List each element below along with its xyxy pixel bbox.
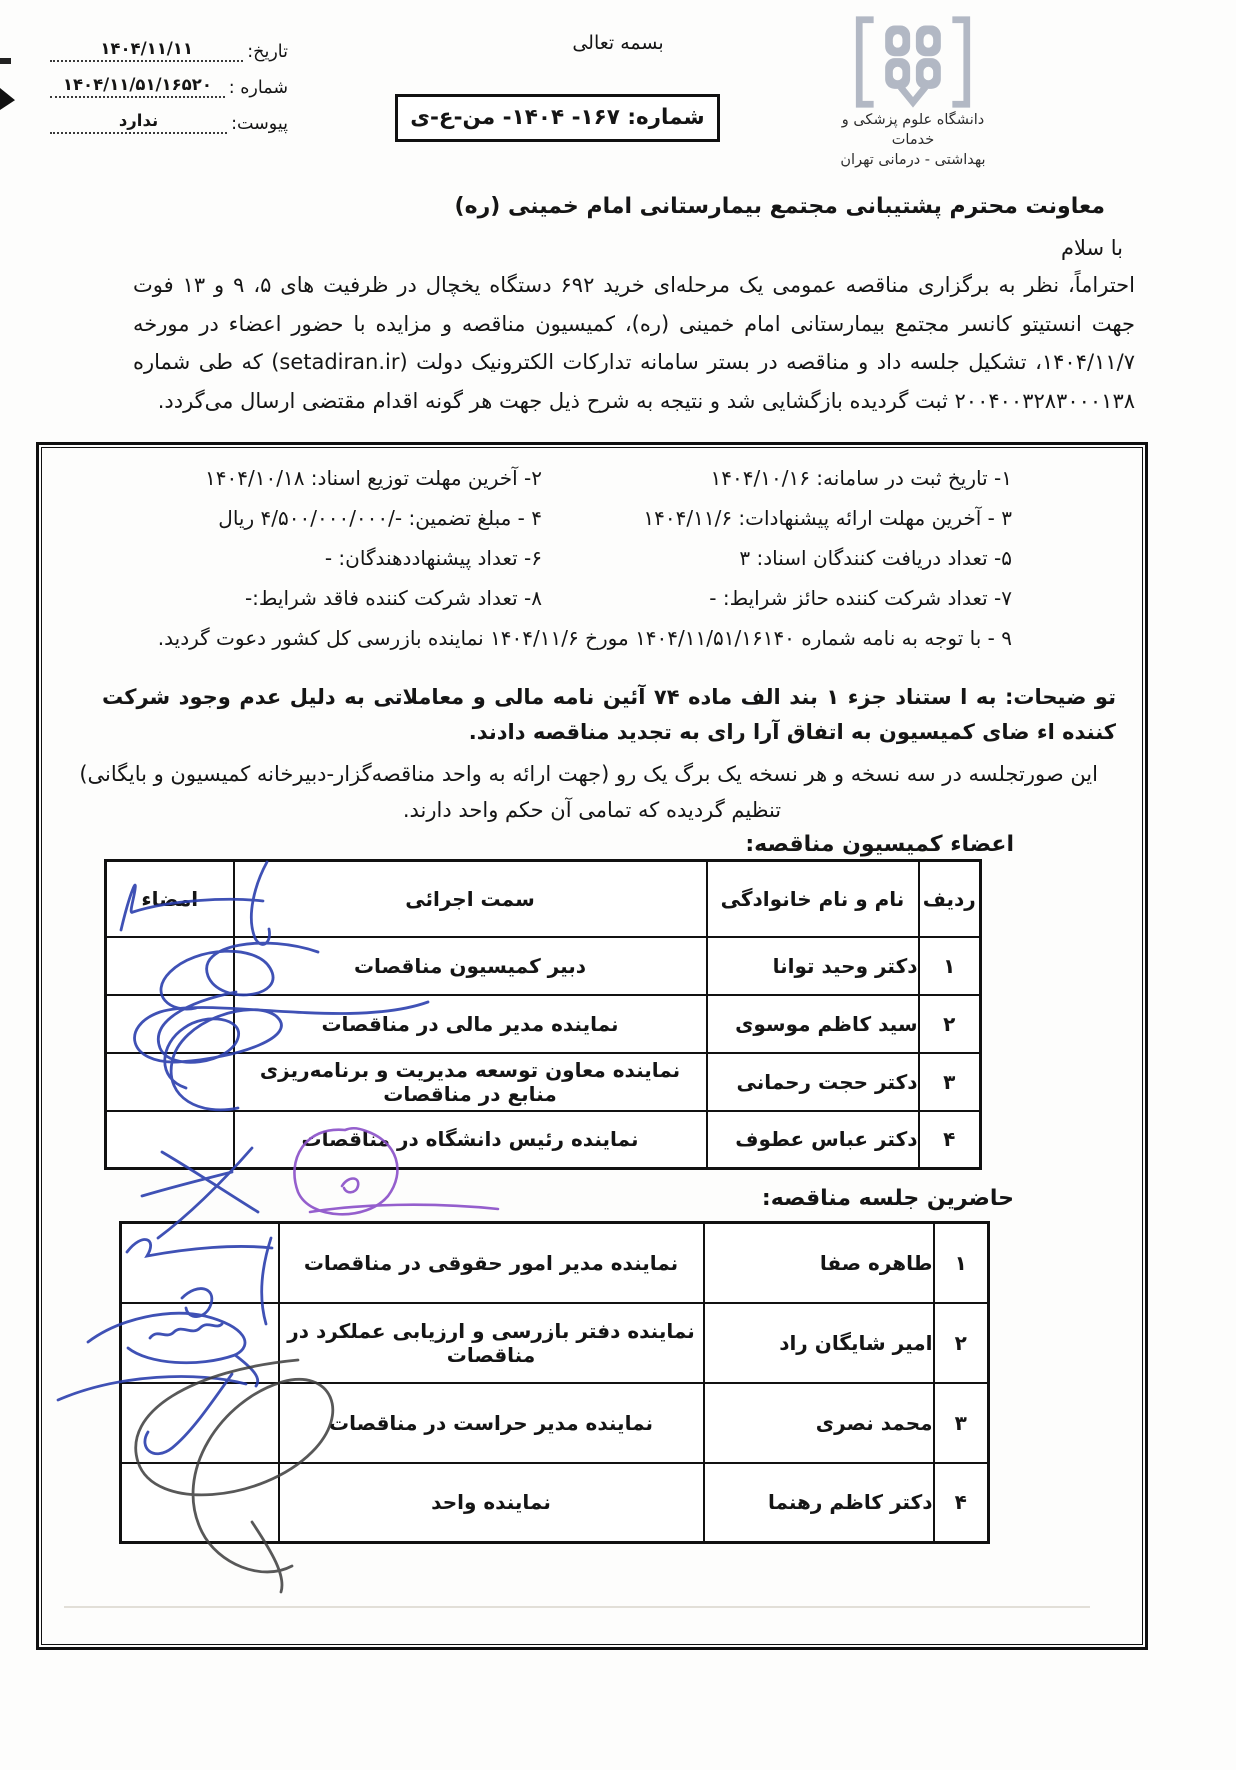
letter-body-paragraph: احتراماً، نظر به برگزاری مناقصه عمومی یک… [133, 266, 1135, 420]
commission-members-heading: اعضاء کمیسیون مناقصه: [62, 832, 1014, 857]
attendee-name: محمد نصری [704, 1383, 934, 1463]
col-header-signature: امضاء [106, 861, 234, 937]
bismillah-text: بسمه تعالی [0, 32, 1236, 54]
minutes-frame-inner: ۱- تاریخ ثبت در سامانه: ۱۴۰۴/۱۰/۱۶ ۲- آخ… [41, 447, 1143, 1645]
table-row: ۱ دکتر وحید توانا دبیر کمیسیون مناقصات [106, 937, 981, 995]
table-row: ۴ دکتر کاظم رهنما نماینده واحد [121, 1463, 989, 1543]
table-row: ۳ دکتر حجت رحمانی نماینده معاون توسعه مد… [106, 1053, 981, 1111]
faint-scan-line [64, 1606, 1090, 1608]
row-no: ۱ [919, 937, 981, 995]
table-row: ۱ طاهره صفا نماینده مدیر امور حقوقی در م… [121, 1223, 989, 1303]
attendee-position: نماینده مدیر حراست در مناقصات [279, 1383, 704, 1463]
detail-item-8: ۸- تعداد شرکت کننده فاقد شرایط:- [72, 578, 542, 618]
attendee-name: دکتر کاظم رهنما [704, 1463, 934, 1543]
scan-artifact-mark [0, 58, 11, 64]
table-row: ۲ سید کاظم موسوی نماینده مدیر مالی در من… [106, 995, 981, 1053]
row-no: ۲ [934, 1303, 989, 1383]
detail-item-7: ۷- تعداد شرکت کننده حائز شرایط: - [542, 578, 1012, 618]
signature-cell [121, 1303, 279, 1383]
signature-cell [106, 1053, 234, 1111]
number-value: ۱۴۰۴/۱۱/۵۱/۱۶۵۲۰ [50, 74, 225, 98]
detail-item-3: ۳ - آخرین مهلت ارائه پیشنهادات: ۱۴۰۴/۱۱/… [542, 498, 1012, 538]
detail-item-1: ۱- تاریخ ثبت در سامانه: ۱۴۰۴/۱۰/۱۶ [542, 458, 1012, 498]
signature-cell [106, 937, 234, 995]
table-row: ۳ محمد نصری نماینده مدیر حراست در مناقصا… [121, 1383, 989, 1463]
attachment-row: پیوست: ندارد [50, 98, 288, 134]
signature-cell [106, 1111, 234, 1169]
col-header-name: نام و نام خانوادگی [707, 861, 919, 937]
attachment-label: پیوست: [227, 114, 288, 134]
university-logo-icon [850, 14, 976, 110]
table-row: ۲ امیر شایگان راد نماینده دفتر بازرسی و … [121, 1303, 989, 1383]
member-name: دکتر عباس عطوف [707, 1111, 919, 1169]
attendee-name: امیر شایگان راد [704, 1303, 934, 1383]
member-position: نماینده معاون توسعه مدیریت و برنامه‌ریزی… [234, 1053, 707, 1111]
col-header-row-no: ردیف [919, 861, 981, 937]
signature-cell [121, 1383, 279, 1463]
member-position: نماینده مدیر مالی در مناقصات [234, 995, 707, 1053]
attendee-position: نماینده مدیر امور حقوقی در مناقصات [279, 1223, 704, 1303]
attachment-value: ندارد [50, 110, 227, 134]
detail-item-4: ۴ - مبلغ تضمین: -/۴/۵۰۰/۰۰۰/۰۰۰ ریال [72, 498, 542, 538]
member-position: نماینده رئیس دانشگاه در مناقصات [234, 1111, 707, 1169]
signature-cell [121, 1463, 279, 1543]
notes-paragraph: تو ضیحات: به ا ستناد جزء ۱ بند الف ماده … [102, 680, 1116, 750]
addressee-line: معاونت محترم پشتیبانی مجتمع بیمارستانی ا… [455, 194, 1105, 219]
signature-cell [121, 1223, 279, 1303]
university-name-line1: دانشگاه علوم پزشکی و خدمات [824, 110, 1002, 150]
detail-item-5: ۵- تعداد دریافت کنندگان اسناد: ۳ [542, 538, 1012, 578]
number-row: شماره : ۱۴۰۴/۱۱/۵۱/۱۶۵۲۰ [50, 62, 288, 98]
member-name: دکتر وحید توانا [707, 937, 919, 995]
attendee-position: نماینده دفتر بازرسی و ارزیابی عملکرد در … [279, 1303, 704, 1383]
row-no: ۴ [919, 1111, 981, 1169]
attendee-name: طاهره صفا [704, 1223, 934, 1303]
copies-note-line2: تنظیم گردیده که تمامی آن حکم واحد دارند. [42, 792, 1142, 828]
member-name: دکتر حجت رحمانی [707, 1053, 919, 1111]
table-header-row: ردیف نام و نام خانوادگی سمت اجرائی امضاء [106, 861, 981, 937]
detail-item-9: ۹ - با توجه به نامه شماره ۱۴۰۴/۱۱/۵۱/۱۶۱… [72, 618, 1012, 658]
detail-item-6: ۶- تعداد پیشنهاددهندگان: - [72, 538, 542, 578]
reference-number-box: شماره: ۱۶۷- ۱۴۰۴- من-ع-ی [395, 94, 720, 142]
member-position: دبیر کمیسیون مناقصات [234, 937, 707, 995]
salutation-line: با سلام [1061, 236, 1123, 260]
attendees-table: ۱ طاهره صفا نماینده مدیر امور حقوقی در م… [119, 1221, 990, 1544]
scan-artifact-mark [0, 88, 15, 110]
row-no: ۱ [934, 1223, 989, 1303]
row-no: ۲ [919, 995, 981, 1053]
tender-details-list: ۱- تاریخ ثبت در سامانه: ۱۴۰۴/۱۰/۱۶ ۲- آخ… [42, 458, 1142, 658]
scanned-letter-page: تاریخ: ۱۴۰۴/۱۱/۱۱ شماره : ۱۴۰۴/۱۱/۵۱/۱۶۵… [0, 0, 1236, 1770]
col-header-position: سمت اجرائی [234, 861, 707, 937]
row-no: ۳ [934, 1383, 989, 1463]
university-identity: دانشگاه علوم پزشکی و خدمات بهداشتی - درم… [824, 14, 1002, 170]
attendees-heading: حاضرین جلسه مناقصه: [62, 1186, 1014, 1211]
minutes-frame: ۱- تاریخ ثبت در سامانه: ۱۴۰۴/۱۰/۱۶ ۲- آخ… [36, 442, 1148, 1650]
attendee-position: نماینده واحد [279, 1463, 704, 1543]
copies-note-line1: این صورتجلسه در سه نسخه و هر نسخه یک برگ… [72, 756, 1114, 792]
table-row: ۴ دکتر عباس عطوف نماینده رئیس دانشگاه در… [106, 1111, 981, 1169]
university-name-line2: بهداشتی - درمانی تهران [824, 150, 1002, 170]
row-no: ۳ [919, 1053, 981, 1111]
member-name: سید کاظم موسوی [707, 995, 919, 1053]
number-label: شماره : [225, 78, 288, 98]
row-no: ۴ [934, 1463, 989, 1543]
commission-members-table: ردیف نام و نام خانوادگی سمت اجرائی امضاء… [104, 859, 982, 1170]
detail-item-2: ۲- آخرین مهلت توزیع اسناد: ۱۴۰۴/۱۰/۱۸ [72, 458, 542, 498]
signature-cell [106, 995, 234, 1053]
